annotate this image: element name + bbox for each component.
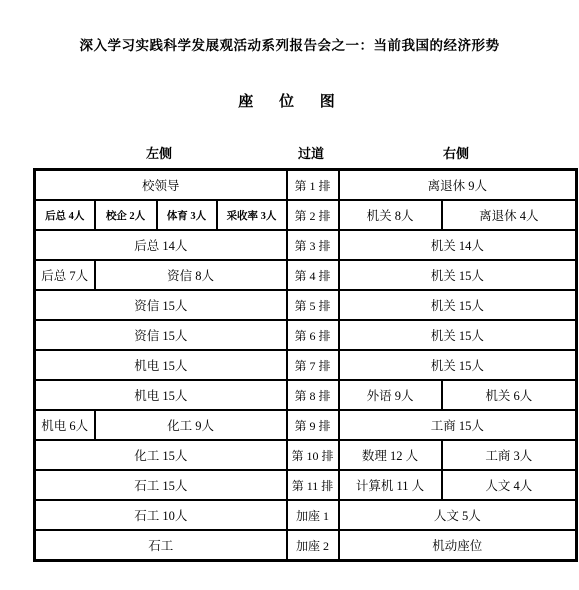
row-number-cell: 第 8 排 [287,380,339,410]
row-number-cell: 第 7 排 [287,350,339,380]
seat-group-cell: 工商 15人 [339,410,577,440]
row-number-cell: 第 1 排 [287,170,339,201]
seat-group-cell: 化工 9人 [95,410,287,440]
row-number-cell: 加座 2 [287,530,339,561]
row-number-cell: 第 4 排 [287,260,339,290]
aisle-header: 过道 [285,143,337,162]
seat-group-cell: 后总 14人 [35,230,287,260]
seat-group-cell: 数理 12 人 [339,440,442,470]
seating-chart-page: 深入学习实践科学发展观活动系列报告会之一：当前我国的经济形势 座 位 图 左侧 … [0,0,579,590]
table-row: 石工 15人 第 11 排 计算机 11 人 人文 4人 [35,470,577,500]
seat-group-cell: 后总 7人 [35,260,95,290]
seat-group-cell: 机关 8人 [339,200,442,230]
seat-group-cell: 机电 15人 [35,380,287,410]
seating-table: 校领导 第 1 排 离退休 9人 后总 4人 校企 2人 体育 3人 采收率 3… [33,168,578,562]
table-row: 校领导 第 1 排 离退休 9人 [35,170,577,201]
table-row: 后总 14人 第 3 排 机关 14人 [35,230,577,260]
seat-group-cell: 石工 [35,530,287,561]
seat-group-cell: 工商 3人 [442,440,577,470]
seat-group-cell: 计算机 11 人 [339,470,442,500]
row-number-cell: 第 2 排 [287,200,339,230]
row-number-cell: 第 9 排 [287,410,339,440]
table-row: 后总 7人 资信 8人 第 4 排 机关 15人 [35,260,577,290]
seating-chart-heading: 座 位 图 [0,90,579,111]
right-section-header: 右侧 [337,143,575,162]
row-number-cell: 第 5 排 [287,290,339,320]
seat-group-cell: 体育 3人 [157,200,217,230]
table-row: 石工 10人 加座 1 人文 5人 [35,500,577,530]
seat-group-cell: 机关 15人 [339,260,577,290]
seat-group-cell: 石工 10人 [35,500,287,530]
seat-group-cell: 机动座位 [339,530,577,561]
row-number-cell: 加座 1 [287,500,339,530]
seat-group-cell: 人文 4人 [442,470,577,500]
seat-group-cell: 离退休 9人 [339,170,577,201]
row-number-cell: 第 3 排 [287,230,339,260]
table-row: 后总 4人 校企 2人 体育 3人 采收率 3人 第 2 排 机关 8人 离退休… [35,200,577,230]
seat-group-cell: 机电 6人 [35,410,95,440]
row-number-cell: 第 6 排 [287,320,339,350]
table-row: 资信 15人 第 5 排 机关 15人 [35,290,577,320]
seat-group-cell: 校领导 [35,170,287,201]
seat-group-cell: 后总 4人 [35,200,95,230]
left-section-header: 左侧 [33,143,285,162]
seat-group-cell: 采收率 3人 [217,200,287,230]
section-headers: 左侧 过道 右侧 [33,143,575,162]
table-row: 机电 15人 第 8 排 外语 9人 机关 6人 [35,380,577,410]
seat-group-cell: 机电 15人 [35,350,287,380]
table-row: 机电 6人 化工 9人 第 9 排 工商 15人 [35,410,577,440]
seat-group-cell: 机关 15人 [339,320,577,350]
report-title: 深入学习实践科学发展观活动系列报告会之一：当前我国的经济形势 [0,34,579,54]
table-row: 石工 加座 2 机动座位 [35,530,577,561]
seat-group-cell: 机关 15人 [339,290,577,320]
table-row: 资信 15人 第 6 排 机关 15人 [35,320,577,350]
seat-group-cell: 外语 9人 [339,380,442,410]
seat-group-cell: 人文 5人 [339,500,577,530]
row-number-cell: 第 11 排 [287,470,339,500]
seat-group-cell: 资信 15人 [35,290,287,320]
seat-group-cell: 石工 15人 [35,470,287,500]
table-row: 机电 15人 第 7 排 机关 15人 [35,350,577,380]
seat-group-cell: 离退休 4人 [442,200,577,230]
seat-group-cell: 机关 14人 [339,230,577,260]
table-row: 化工 15人 第 10 排 数理 12 人 工商 3人 [35,440,577,470]
row-number-cell: 第 10 排 [287,440,339,470]
seat-group-cell: 资信 8人 [95,260,287,290]
seat-group-cell: 校企 2人 [95,200,157,230]
seat-group-cell: 化工 15人 [35,440,287,470]
seat-group-cell: 机关 15人 [339,350,577,380]
seat-group-cell: 资信 15人 [35,320,287,350]
seat-group-cell: 机关 6人 [442,380,577,410]
